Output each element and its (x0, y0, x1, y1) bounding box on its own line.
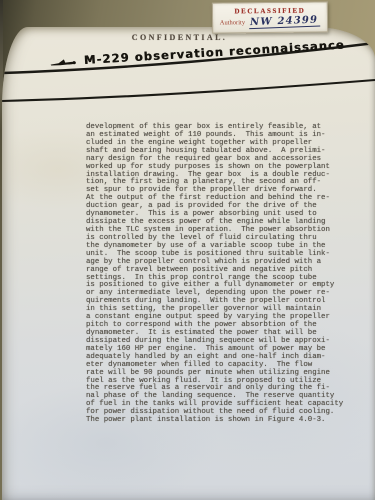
photographed-document: CONFIDENTIAL. M-229 observation reconnai… (0, 0, 375, 500)
body-text: development of this gear box is entirely… (86, 124, 358, 425)
declassified-stamp: DECLASSIFIED Authority NW 24399 (212, 1, 328, 33)
document-page: CONFIDENTIAL. M-229 observation reconnai… (2, 27, 375, 500)
airplane-icon (50, 55, 78, 68)
stamp-authority-label: Authority (220, 18, 245, 28)
stamp-authority-number: NW 24399 (249, 15, 321, 30)
stamp-authority-row: Authority NW 24399 (220, 15, 321, 28)
stamp-declassified-label: DECLASSIFIED (234, 7, 305, 16)
